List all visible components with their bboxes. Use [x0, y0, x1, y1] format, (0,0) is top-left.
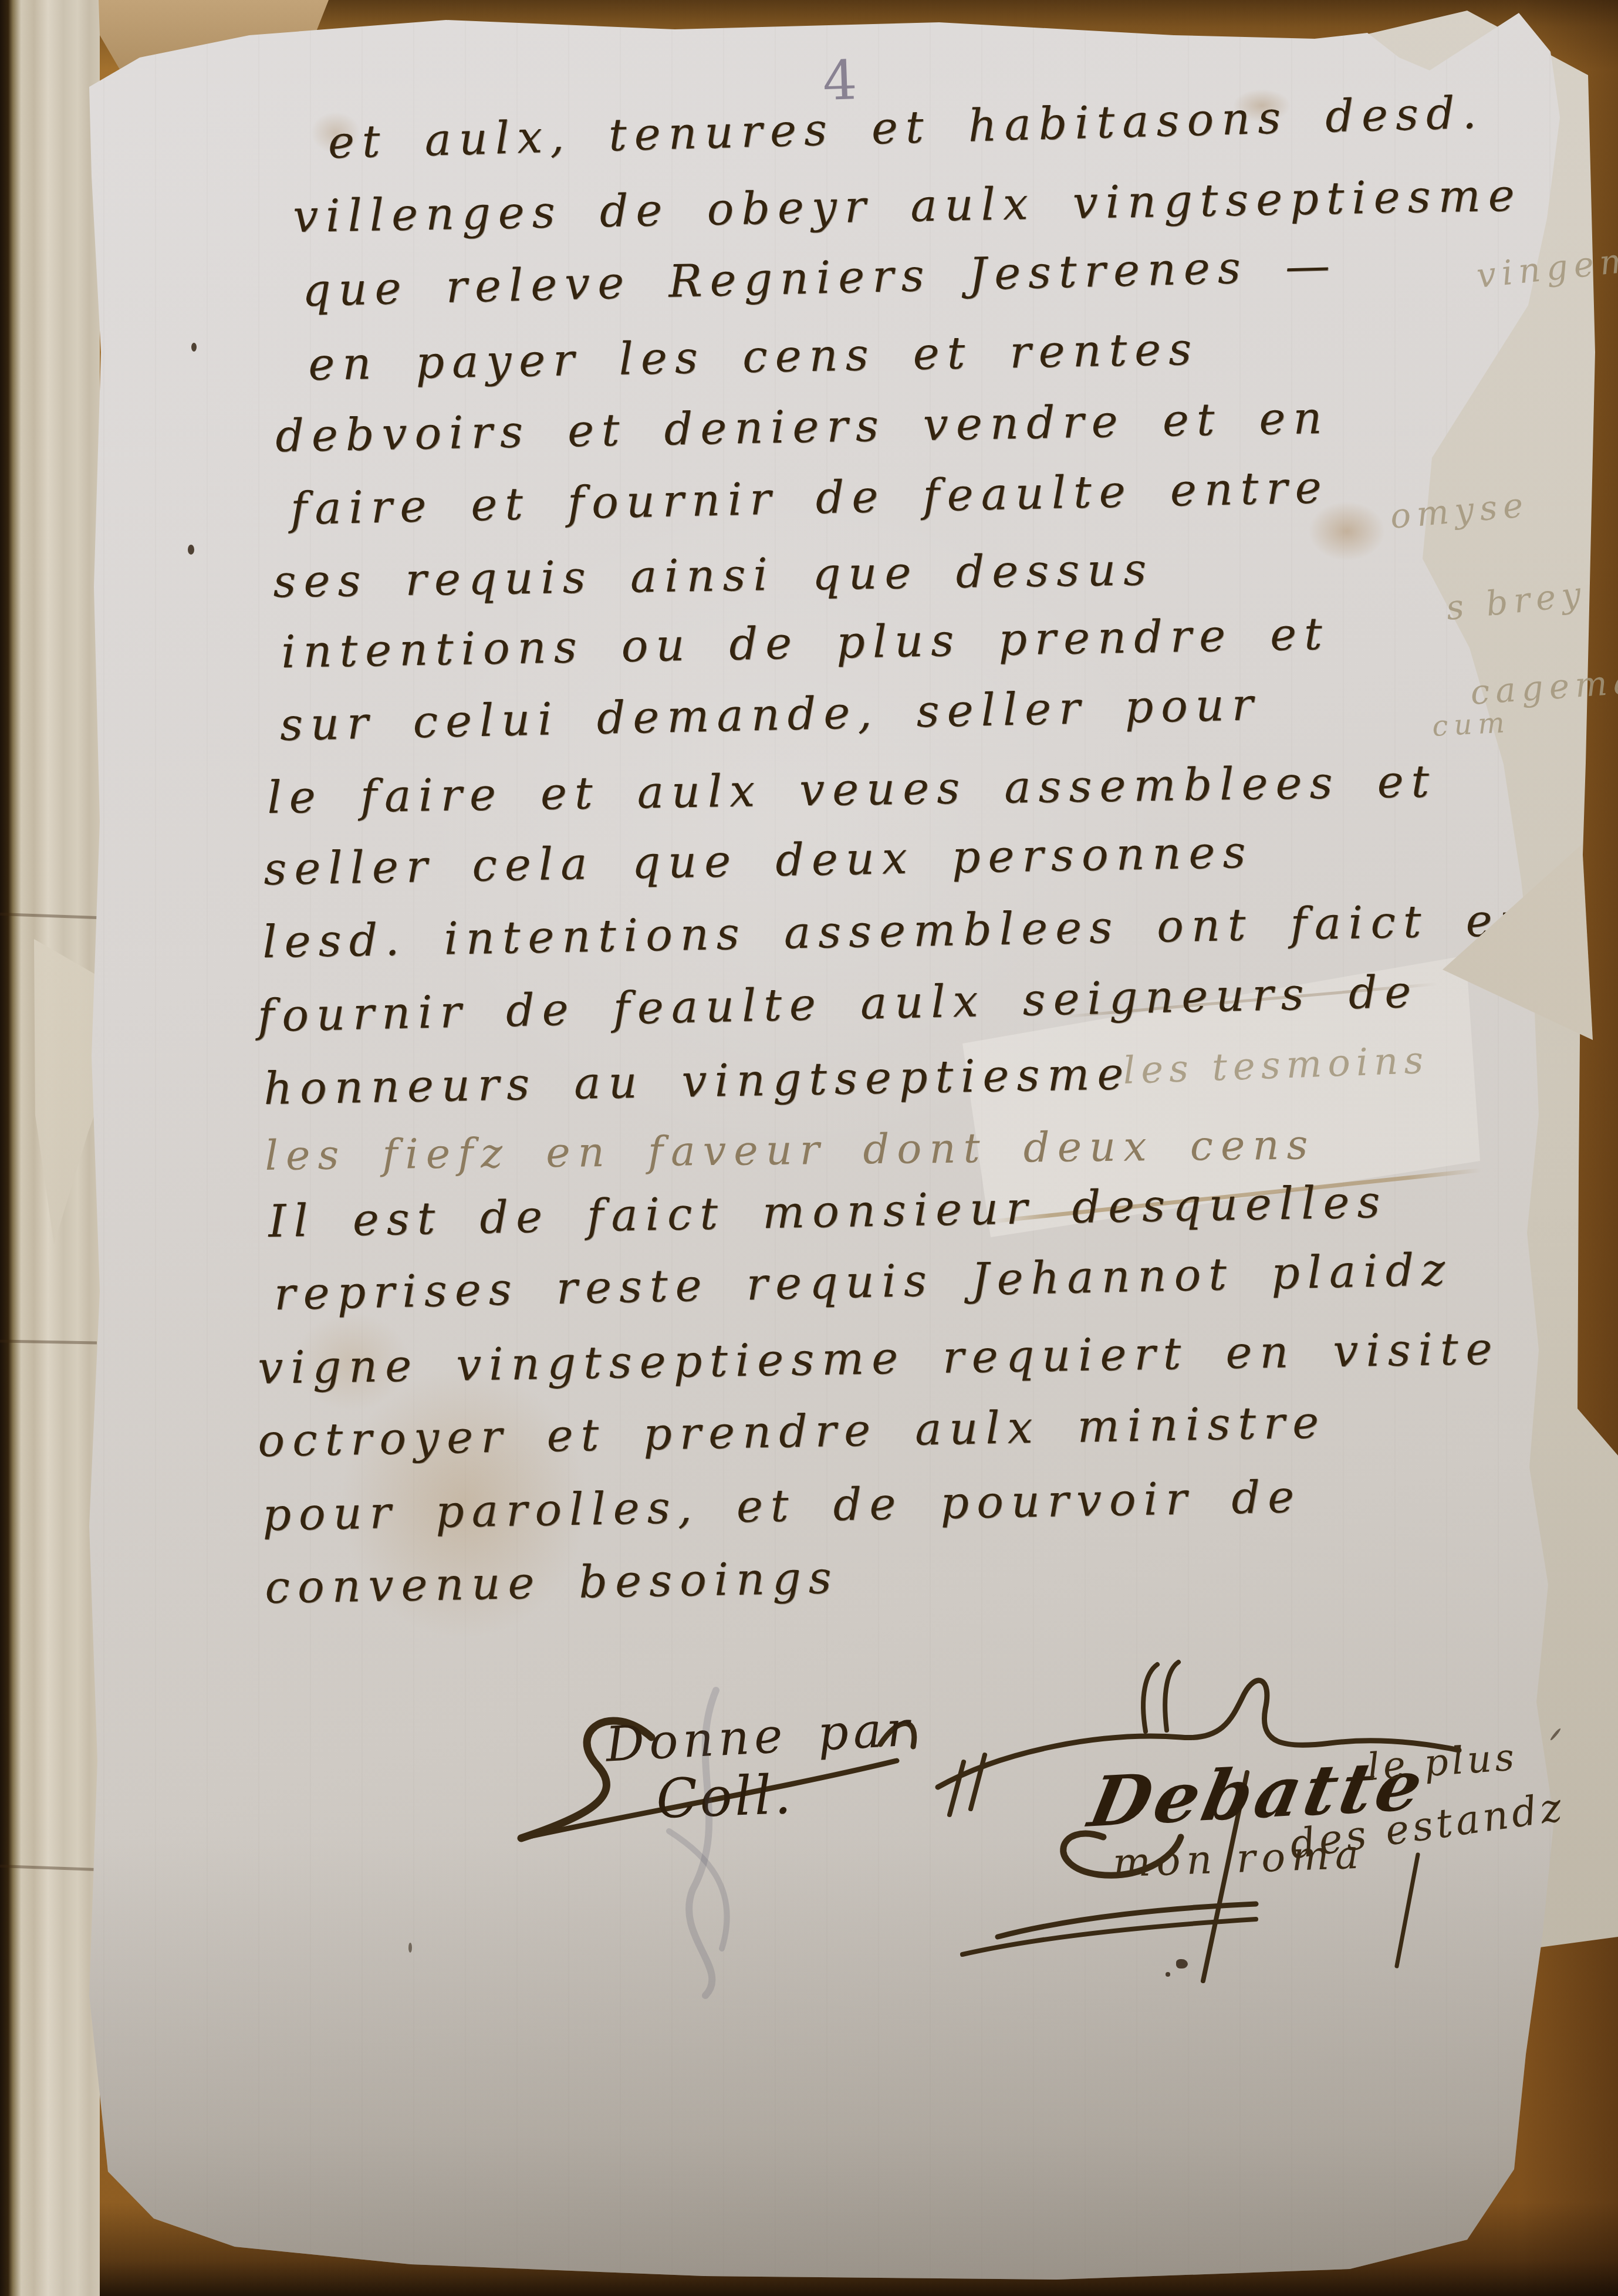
- spine-crease: [0, 1340, 97, 1345]
- ink-blot: [1176, 1959, 1188, 1969]
- spine-crease: [0, 913, 97, 919]
- spine-crease: [0, 1865, 97, 1871]
- ink-speck: [1166, 1972, 1170, 1977]
- ink-speck: [188, 545, 194, 555]
- ink-speck: [408, 1943, 412, 1953]
- manuscript-line-21: convenue besoings: [264, 1551, 839, 1613]
- ghost-text-fragment: cum: [1431, 706, 1511, 743]
- pencil-smudge: [599, 1637, 845, 2013]
- folio-number: 4: [822, 49, 858, 113]
- ink-speck: [191, 343, 197, 352]
